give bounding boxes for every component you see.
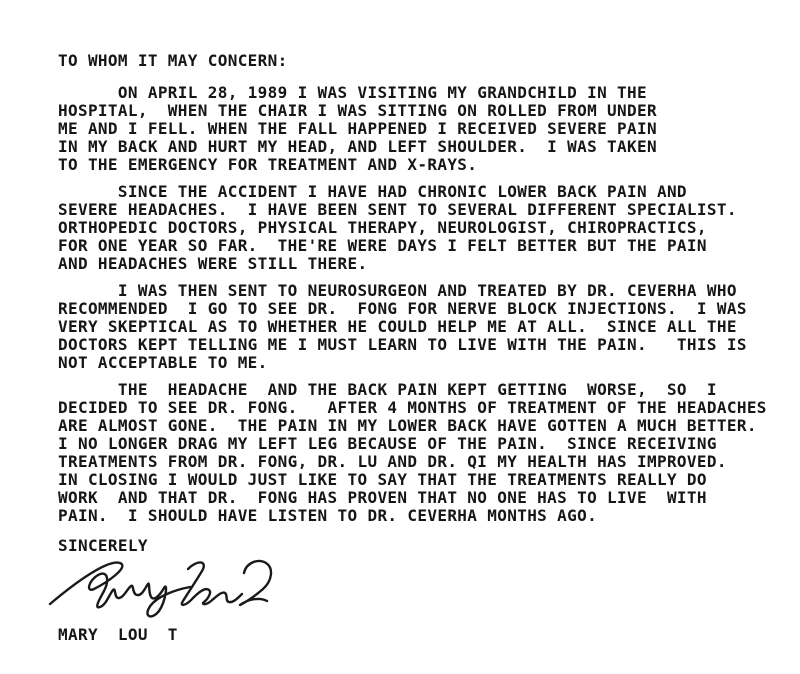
letter-line: I WAS THEN SENT TO NEUROSURGEON AND TREA…	[58, 282, 772, 300]
letter-line: THE HEADACHE AND THE BACK PAIN KEPT GETT…	[58, 381, 772, 399]
closing-sincerely: SINCERELY	[58, 537, 772, 555]
paragraph-2: SINCE THE ACCIDENT I HAVE HAD CHRONIC LO…	[58, 183, 772, 273]
signed-name: MARY LOU T	[58, 626, 772, 644]
letter-line: ON APRIL 28, 1989 I WAS VISITING MY GRAN…	[58, 84, 772, 102]
letter-line: AND HEADACHES WERE STILL THERE.	[58, 255, 772, 273]
letter-line: ORTHOPEDIC DOCTORS, PHYSICAL THERAPY, NE…	[58, 219, 772, 237]
letter-line: DECIDED TO SEE DR. FONG. AFTER 4 MONTHS …	[58, 399, 772, 417]
letter-line: DOCTORS KEPT TELLING ME I MUST LEARN TO …	[58, 336, 772, 354]
handwritten-signature	[44, 556, 284, 622]
letter-line: SINCE THE ACCIDENT I HAVE HAD CHRONIC LO…	[58, 183, 772, 201]
letter-line: HOSPITAL, WHEN THE CHAIR I WAS SITTING O…	[58, 102, 772, 120]
salutation: TO WHOM IT MAY CONCERN:	[58, 52, 772, 70]
letter-line: PAIN. I SHOULD HAVE LISTEN TO DR. CEVERH…	[58, 507, 772, 525]
letter-line: WORK AND THAT DR. FONG HAS PROVEN THAT N…	[58, 489, 772, 507]
letter-line: RECOMMENDED I GO TO SEE DR. FONG FOR NER…	[58, 300, 772, 318]
letter-line: IN MY BACK AND HURT MY HEAD, AND LEFT SH…	[58, 138, 772, 156]
letter-line: FOR ONE YEAR SO FAR. THE'RE WERE DAYS I …	[58, 237, 772, 255]
letter-line: SEVERE HEADACHES. I HAVE BEEN SENT TO SE…	[58, 201, 772, 219]
letter-line: IN CLOSING I WOULD JUST LIKE TO SAY THAT…	[58, 471, 772, 489]
letter-page: TO WHOM IT MAY CONCERN: ON APRIL 28, 198…	[0, 0, 800, 674]
paragraph-3: I WAS THEN SENT TO NEUROSURGEON AND TREA…	[58, 282, 772, 372]
letter-line: TO THE EMERGENCY FOR TREATMENT AND X-RAY…	[58, 156, 772, 174]
paragraph-1: ON APRIL 28, 1989 I WAS VISITING MY GRAN…	[58, 84, 772, 174]
letter-line: ME AND I FELL. WHEN THE FALL HAPPENED I …	[58, 120, 772, 138]
letter-line: I NO LONGER DRAG MY LEFT LEG BECAUSE OF …	[58, 435, 772, 453]
letter-line: ARE ALMOST GONE. THE PAIN IN MY LOWER BA…	[58, 417, 772, 435]
letter-line: NOT ACCEPTABLE TO ME.	[58, 354, 772, 372]
letter-line: VERY SKEPTICAL AS TO WHETHER HE COULD HE…	[58, 318, 772, 336]
paragraph-4: THE HEADACHE AND THE BACK PAIN KEPT GETT…	[58, 381, 772, 525]
letter-line: TREATMENTS FROM DR. FONG, DR. LU AND DR.…	[58, 453, 772, 471]
